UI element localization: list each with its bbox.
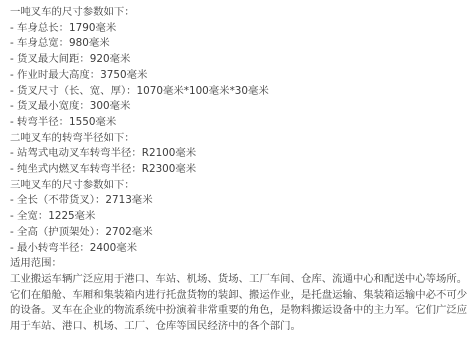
scope-paragraph: 工业搬运车辆广泛应用于港口、车站、机场、货场、工厂车间、仓库、流通中心和配送中心… xyxy=(10,272,470,335)
spec-line-body-length: - 车身总长：1790毫米 xyxy=(10,21,470,37)
spec-line-turning-radius: - 转弯半径：1550毫米 xyxy=(10,115,470,131)
spec-line-stand-electric-radius: - 站驾式电动叉车转弯半径：R2100毫米 xyxy=(10,146,470,162)
spec-line-fork-dimensions: - 货叉尺寸（长、宽、厚）：1070毫米*100毫米*30毫米 xyxy=(10,84,470,100)
spec-line-body-width: - 车身总宽：980毫米 xyxy=(10,36,470,52)
spec-line-overall-height: - 全高（护顶架处）：2702毫米 xyxy=(10,225,470,241)
section-three-ton-heading: 三吨叉车的尺寸参数如下： xyxy=(10,178,470,194)
scope-heading: 适用范围： xyxy=(10,256,470,272)
spec-line-fork-min-width: - 货叉最小宽度：300毫米 xyxy=(10,99,470,115)
spec-line-sit-combustion-radius: - 纯坐式内燃叉车转弯半径：R2300毫米 xyxy=(10,162,470,178)
spec-line-max-working-height: - 作业时最大高度：3750毫米 xyxy=(10,68,470,84)
spec-line-overall-width: - 全宽：1225毫米 xyxy=(10,209,470,225)
spec-line-overall-length: - 全长（不带货叉）：2713毫米 xyxy=(10,193,470,209)
spec-line-fork-max-spacing: - 货叉最大间距：920毫米 xyxy=(10,52,470,68)
section-two-ton-heading: 二吨叉车的转弯半径如下： xyxy=(10,131,470,147)
section-one-ton-heading: 一吨叉车的尺寸参数如下： xyxy=(10,5,470,21)
spec-line-min-turning-radius: - 最小转弯半径：2400毫米 xyxy=(10,241,470,257)
forklift-spec-document: 一吨叉车的尺寸参数如下： - 车身总长：1790毫米 - 车身总宽：980毫米 … xyxy=(0,0,476,335)
